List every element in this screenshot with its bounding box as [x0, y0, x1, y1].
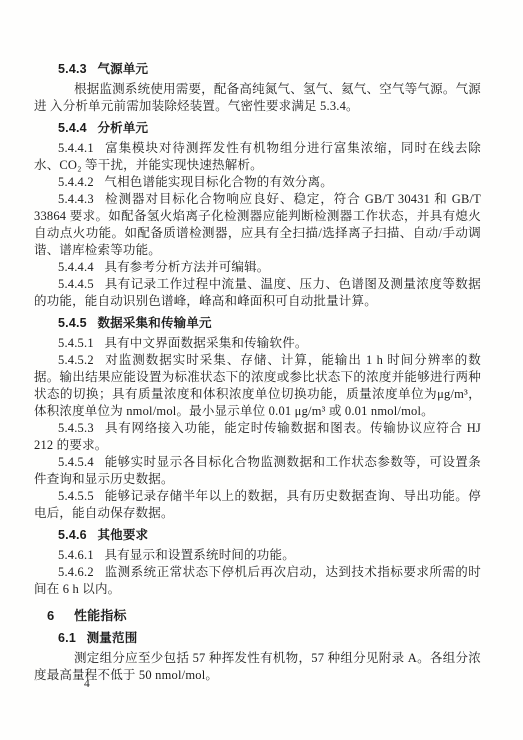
clause-number: 5.4.4.3 — [58, 192, 94, 206]
heading-number: 5.4.3 — [58, 62, 87, 76]
heading-number: 5.4.5 — [58, 316, 87, 330]
heading-number: 6 — [47, 608, 54, 623]
clause-5-4-5-3: 5.4.5.3具有网络接入功能，能定时传输数据和图表。传输协议应符合 HJ 21… — [34, 420, 481, 454]
clause-text: 具有显示和设置系统时间的功能。 — [104, 548, 295, 562]
paragraph-gas-source: 根据监测系统使用需要，配备高纯氮气、氢气、氦气、空气等气源。气源进 入分析单元前… — [34, 81, 481, 115]
clause-text: 具有记录工作过程中流量、温度、压力、色谱图及测量浓度等数据的功能，能自动识别色谱… — [34, 277, 481, 308]
clause-number: 5.4.6.1 — [58, 548, 94, 562]
heading-title: 气源单元 — [97, 62, 148, 76]
heading-6-1: 6.1测量范围 — [34, 630, 481, 647]
heading-5-4-6: 5.4.6其他要求 — [34, 527, 481, 544]
heading-5-4-5: 5.4.5数据采集和传输单元 — [34, 315, 481, 332]
clause-5-4-4-2: 5.4.4.2气相色谱能实现目标化合物的有效分离。 — [34, 174, 481, 191]
clause-5-4-5-2: 5.4.5.2对监测数据实时采集、存储、计算，能输出 1 h 时间分辨率的数据。… — [34, 352, 481, 420]
document-content: 5.4.3气源单元 根据监测系统使用需要，配备高纯氮气、氢气、氦气、空气等气源。… — [34, 56, 481, 684]
clause-text: 具有参考分析方法并可编辑。 — [104, 260, 269, 274]
clause-5-4-4-3: 5.4.4.3检测器对目标化合物响应良好、稳定，符合 GB/T 30431 和 … — [34, 191, 481, 259]
heading-title: 其他要求 — [97, 528, 148, 542]
clause-number: 5.4.4.4 — [58, 260, 94, 274]
clause-text: 能够记录存储半年以上的数据，具有历史数据查询、导出功能。停电后，能自动保存数据。 — [34, 489, 481, 520]
clause-5-4-4-5: 5.4.4.5具有记录工作过程中流量、温度、压力、色谱图及测量浓度等数据的功能，… — [34, 276, 481, 310]
clause-number: 5.4.5.5 — [58, 489, 94, 503]
clause-number: 5.4.4.5 — [58, 277, 94, 291]
page-number: 4 — [84, 678, 90, 690]
clause-5-4-6-1: 5.4.6.1具有显示和设置系统时间的功能。 — [34, 547, 481, 564]
heading-5-4-3: 5.4.3气源单元 — [34, 61, 481, 78]
clause-5-4-5-4: 5.4.5.4能够实时显示各目标化合物监测数据和工作状态参数等，可设置条件查询和… — [34, 454, 481, 488]
clause-5-4-4-1: 5.4.4.1富集模块对待测挥发性有机物组分进行富集浓缩，同时在线去除水、CO₂… — [34, 140, 481, 174]
paragraph-measurement-range: 测定组分应至少包括 57 种挥发性有机物，57 种组分见附录 A。各组分浓度最高… — [34, 650, 481, 684]
heading-title: 分析单元 — [97, 121, 148, 135]
clause-5-4-4-4: 5.4.4.4具有参考分析方法并可编辑。 — [34, 259, 481, 276]
clause-text: 具有中文界面数据采集和传输软件。 — [104, 336, 307, 350]
clause-number: 5.4.4.1 — [58, 141, 94, 155]
heading-chapter-6: 6性能指标 — [34, 607, 481, 624]
clause-text: 对监测数据实时采集、存储、计算，能输出 1 h 时间分辨率的数据。输出结果应能设… — [34, 353, 481, 418]
clause-5-4-5-5: 5.4.5.5能够记录存储半年以上的数据，具有历史数据查询、导出功能。停电后，能… — [34, 488, 481, 522]
clause-number: 5.4.5.4 — [58, 455, 94, 469]
clause-number: 5.4.4.2 — [58, 175, 94, 189]
clause-text: 气相色谱能实现目标化合物的有效分离。 — [104, 175, 333, 189]
heading-title: 性能指标 — [74, 608, 127, 623]
clause-5-4-6-2: 5.4.6.2监测系统正常状态下停机后再次启动，达到技术指标要求所需的时间在 6… — [34, 564, 481, 598]
clause-number: 5.4.6.2 — [58, 565, 94, 579]
heading-number: 5.4.4 — [58, 121, 87, 135]
clause-5-4-5-1: 5.4.5.1具有中文界面数据采集和传输软件。 — [34, 335, 481, 352]
clause-number: 5.4.5.1 — [58, 336, 94, 350]
heading-number: 6.1 — [58, 631, 76, 645]
clause-number: 5.4.5.2 — [58, 353, 94, 367]
clause-text: 能够实时显示各目标化合物监测数据和工作状态参数等，可设置条件查询和显示历史数据。 — [34, 455, 481, 486]
heading-5-4-4: 5.4.4分析单元 — [34, 120, 481, 137]
heading-title: 数据采集和传输单元 — [97, 316, 211, 330]
clause-text: 监测系统正常状态下停机后再次启动，达到技术指标要求所需的时间在 6 h 以内。 — [34, 565, 481, 596]
document-page: 5.4.3气源单元 根据监测系统使用需要，配备高纯氮气、氢气、氦气、空气等气源。… — [0, 0, 523, 740]
clause-text: 富集模块对待测挥发性有机物组分进行富集浓缩，同时在线去除水、CO₂ 等干扰，并能… — [34, 141, 481, 172]
clause-number: 5.4.5.3 — [58, 421, 94, 435]
heading-number: 5.4.6 — [58, 528, 87, 542]
heading-title: 测量范围 — [87, 631, 138, 645]
clause-text: 具有网络接入功能，能定时传输数据和图表。传输协议应符合 HJ 212 的要求。 — [34, 421, 481, 452]
clause-text: 检测器对目标化合物响应良好、稳定，符合 GB/T 30431 和 GB/T 33… — [34, 192, 481, 257]
